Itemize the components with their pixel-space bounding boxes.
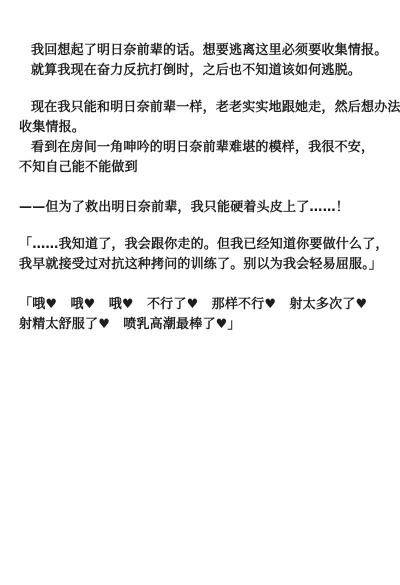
text-line: 收集情报。 [19, 118, 386, 138]
document-page: 我回想起了明日奈前辈的话。想要逃离这里必须要收集情报。 就算我现在奋力反抗打倒时… [0, 0, 400, 585]
text-line: 射精太舒服了♥ 喷乳高潮最棒了♥」 [19, 315, 386, 335]
text-line: 就算我现在奋力反抗打倒时，之后也不知道该如何逃脱。 [19, 61, 386, 81]
text-line: 「……我知道了，我会跟你走的。但我已经知道你要做什么了， [19, 235, 386, 255]
paragraph-recall: 我回想起了明日奈前辈的话。想要逃离这里必须要收集情报。 [19, 41, 386, 61]
paragraph-quote-defiance: 「……我知道了，我会跟你走的。但我已经知道你要做什么了， 我早就接受过对抗这种拷… [19, 235, 386, 275]
text-line: ——但为了救出明日奈前辈，我只能硬着头皮上了……！ [19, 198, 386, 218]
paragraph-quote-hearts: 「哦♥ 哦♥ 哦♥ 不行了♥ 那样不行♥ 射太多次了♥ 射精太舒服了♥ 喷乳高潮… [19, 295, 386, 335]
text-line: 「哦♥ 哦♥ 哦♥ 不行了♥ 那样不行♥ 射太多次了♥ [19, 295, 386, 315]
text-line: 看到在房间一角呻吟的明日奈前辈难堪的模样，我很不安， [19, 138, 386, 158]
text-line: 我早就接受过对抗这种拷问的训练了。别以为我会轻易屈服。」 [19, 255, 386, 275]
paragraph-uneasy: 看到在房间一角呻吟的明日奈前辈难堪的模样，我很不安， 不知自己能不能做到 [19, 138, 386, 178]
text-line: 不知自己能不能做到 [19, 158, 386, 178]
text-line: 现在我只能和明日奈前辈一样，老老实实地跟她走，然后想办法 [19, 98, 386, 118]
paragraph-resist: 就算我现在奋力反抗打倒时，之后也不知道该如何逃脱。 [19, 61, 386, 81]
paragraph-resolve: ——但为了救出明日奈前辈，我只能硬着头皮上了……！ [19, 198, 386, 218]
paragraph-follow: 现在我只能和明日奈前辈一样，老老实实地跟她走，然后想办法 收集情报。 [19, 98, 386, 138]
text-line: 我回想起了明日奈前辈的话。想要逃离这里必须要收集情报。 [19, 41, 386, 61]
